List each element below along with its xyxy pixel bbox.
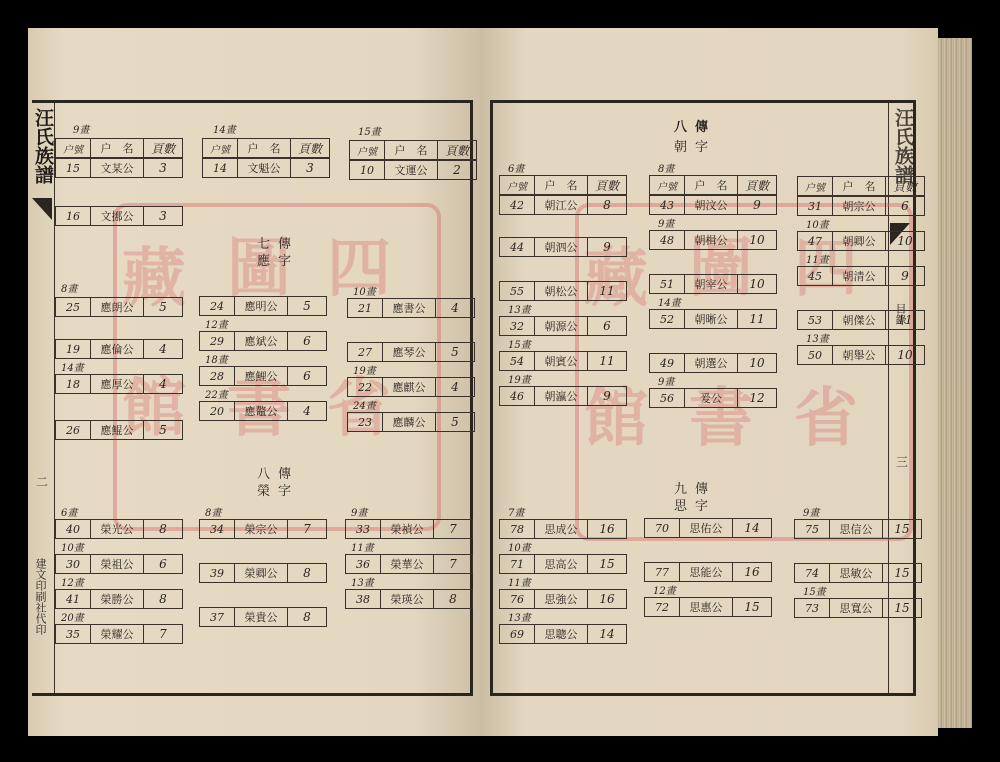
printer-credit: 建文印刷社代印 (34, 558, 47, 635)
table-cell: 16 (732, 562, 772, 582)
table-row: 39榮卿公8 (200, 563, 327, 583)
table-cell: 8 (143, 519, 183, 539)
table-cell: 7 (287, 519, 327, 539)
table-row: 56爰公12 (650, 388, 777, 408)
table-cell: 43 (649, 195, 685, 215)
stroke-count-label: 13畫 (508, 609, 635, 624)
stroke-count-label: 6畫 (61, 504, 188, 519)
stroke-count-label: 14畫 (61, 359, 188, 374)
table-cell: 49 (649, 353, 685, 373)
table-cell: 榮祖公 (90, 554, 144, 574)
table-cell: 頁數 (737, 175, 777, 195)
table-cell: 52 (649, 309, 685, 329)
table-cell: 6 (143, 554, 183, 574)
table-header-row: 户號户 名頁數 (650, 175, 777, 195)
table-cell: 29 (199, 331, 235, 351)
table-row: 71思高公15 (500, 554, 627, 574)
table-row: 14文魁公3 (203, 158, 330, 178)
table-row: 31朝宗公6 (798, 196, 925, 216)
table-cell: 應鯤公 (90, 420, 144, 440)
table-cell: 8 (287, 563, 327, 583)
table-row: 16文挪公3 (56, 206, 183, 226)
table-cell: 户 名 (90, 138, 144, 158)
table-cell: 朝松公 (534, 281, 588, 301)
right-page: 汪氏族譜 目錄 三 藏 圖 四 館 書 省 八傳 朝字 6畫 户號户 名頁數 4… (480, 28, 938, 736)
table-cell: 30 (55, 554, 91, 574)
table-cell: 38 (345, 589, 381, 609)
gen8-col2: 8畫 34榮宗公7 39榮卿公8 37榮貴公8 (200, 504, 327, 627)
table-cell: 55 (499, 281, 535, 301)
table-cell: 22 (347, 377, 383, 397)
table-row: 49朝選公10 (650, 353, 777, 373)
table-row: 54朝賓公11 (500, 351, 627, 371)
table-row: 42朝江公8 (500, 195, 627, 215)
table-cell: 頁數 (143, 138, 183, 158)
table-cell: 朝宗公 (832, 196, 886, 216)
table-cell: 榮耀公 (90, 624, 144, 644)
stroke-count-label: 15畫 (358, 123, 381, 138)
table-cell: 文某公 (90, 158, 144, 178)
right-spine-title: 汪氏族譜 (892, 108, 913, 184)
stroke-count-label: 10畫 (353, 283, 480, 298)
gen9-col1: 7畫 78思成公16 10畫 71思高公15 11畫 76思強公16 13畫 6… (500, 504, 627, 644)
table-cell: 思高公 (534, 554, 588, 574)
table-cell: 户號 (797, 176, 833, 196)
table-cell: 朝瀛公 (534, 386, 588, 406)
gen9-col2: 70思佑公14 77思能公16 12畫 72思惠公15 (645, 518, 772, 617)
table-9-strokes: 户號户 名頁數 15文某公3 (56, 138, 183, 178)
table-row: 19應倫公4 (56, 339, 183, 359)
stroke-count-label: 8畫 (658, 160, 785, 175)
stroke-count-label: 10畫 (508, 539, 635, 554)
table-cell: 思信公 (829, 519, 883, 539)
table-cell: 户號 (349, 140, 385, 160)
table-cell: 40 (55, 519, 91, 539)
table-cell: 35 (55, 624, 91, 644)
table-cell: 11 (737, 309, 777, 329)
table-cell: 7 (433, 554, 473, 574)
table-row: 32朝源公6 (500, 316, 627, 336)
table-cell: 34 (199, 519, 235, 539)
table-cell: 文魁公 (237, 158, 291, 178)
fish-tail-mark (32, 198, 52, 220)
table-row: 45朝清公9 (798, 266, 925, 286)
table-cell: 文挪公 (90, 206, 144, 226)
stroke-count-label: 22畫 (205, 386, 332, 401)
table-cell: 7 (433, 519, 473, 539)
left-spine-title: 汪氏族譜 (32, 108, 53, 184)
stroke-count-label: 19畫 (353, 362, 480, 377)
table-cell: 69 (499, 624, 535, 644)
table-cell: 8 (433, 589, 473, 609)
table-cell: 77 (644, 562, 680, 582)
table-row: 23應麟公5 (348, 412, 475, 432)
table-cell: 榮華公 (380, 554, 434, 574)
page-edges (938, 38, 972, 728)
table-cell: 54 (499, 351, 535, 371)
table-cell: 45 (797, 266, 833, 286)
table-cell: 31 (797, 196, 833, 216)
table-cell: 5 (143, 297, 183, 317)
table-row: 16文挪公3 (56, 206, 183, 226)
table-cell: 9 (737, 195, 777, 215)
table-cell: 44 (499, 237, 535, 257)
table-cell: 46 (499, 386, 535, 406)
table-cell: 16 (587, 589, 627, 609)
table-row: 27應琴公5 (348, 342, 475, 362)
table-cell: 10 (737, 230, 777, 250)
table-cell: 21 (347, 298, 383, 318)
table-row: 78思成公16 (500, 519, 627, 539)
stroke-count-label: 10畫 (61, 539, 188, 554)
table-cell: 思敏公 (829, 563, 883, 583)
stroke-count-label: 8畫 (61, 280, 188, 295)
gen8-col3: 9畫 33榮禎公7 11畫 36榮華公7 13畫 38榮瑛公8 (346, 504, 473, 609)
stroke-count-label: 9畫 (658, 215, 785, 230)
table-cell: 10 (737, 274, 777, 294)
gen7-col1: 8畫 25應朗公5 19應倫公4 14畫 18應厚公4 26應鯤公5 (56, 280, 183, 440)
table-cell: 16 (587, 519, 627, 539)
stroke-count-label: 20畫 (61, 609, 188, 624)
table-cell: 朝宰公 (684, 274, 738, 294)
table-cell: 4 (435, 298, 475, 318)
table-cell: 思能公 (679, 562, 733, 582)
table-cell: 28 (199, 366, 235, 386)
table-cell: 頁數 (290, 138, 330, 158)
stroke-count-label: 19畫 (508, 371, 635, 386)
gen7-col3: 10畫 21應書公4 27應琴公5 19畫 22應麒公4 24畫 23應麟公5 (348, 283, 475, 432)
table-row: 38榮瑛公8 (346, 589, 473, 609)
table-cell: 56 (649, 388, 685, 408)
table-cell: 應倫公 (90, 339, 144, 359)
stroke-count-label: 9畫 (658, 373, 785, 388)
table-cell: 16 (55, 206, 91, 226)
stroke-count-label: 12畫 (653, 582, 780, 597)
table-cell: 10 (885, 231, 925, 251)
table-cell: 應明公 (234, 296, 288, 316)
table-cell: 思聰公 (534, 624, 588, 644)
table-row: 76思強公16 (500, 589, 627, 609)
table-15-strokes: 户號户 名頁數 10文運公2 (350, 140, 477, 180)
stroke-count-label: 18畫 (205, 351, 332, 366)
table-cell: 户 名 (684, 175, 738, 195)
table-row: 75思信公15 (795, 519, 922, 539)
table-cell: 15 (587, 554, 627, 574)
table-cell: 14 (202, 158, 238, 178)
table-cell: 朝傑公 (832, 310, 886, 330)
table-row: 25應朗公5 (56, 297, 183, 317)
table-cell: 朝泗公 (534, 237, 588, 257)
table-cell: 頁數 (587, 175, 627, 195)
open-book: 汪氏族譜 二 建文印刷社代印 藏 圖 四 館 書 省 9畫 户號户 名頁數 15… (28, 28, 973, 736)
table-cell: 5 (435, 342, 475, 362)
stroke-count-label: 9畫 (73, 121, 89, 136)
table-cell: 思強公 (534, 589, 588, 609)
table-row: 34榮宗公7 (200, 519, 327, 539)
table-cell: 8 (587, 195, 627, 215)
table-cell: 6 (287, 331, 327, 351)
table-cell: 户號 (649, 175, 685, 195)
stroke-count-label: 10畫 (806, 216, 933, 231)
table-row: 72思惠公15 (645, 597, 772, 617)
table-cell: 9 (587, 237, 627, 257)
table-cell: 應書公 (382, 298, 436, 318)
table-cell: 思佑公 (679, 518, 733, 538)
table-cell: 72 (644, 597, 680, 617)
table-cell: 39 (199, 563, 235, 583)
gen7-col2: 24應明公5 12畫 29應斌公6 18畫 28應鯉公6 22畫 20應鼇公4 (200, 296, 327, 421)
table-cell: 榮勝公 (90, 589, 144, 609)
table-cell: 76 (499, 589, 535, 609)
table-cell: 應厚公 (90, 374, 144, 394)
table-cell: 户號 (55, 138, 91, 158)
table-cell: 5 (287, 296, 327, 316)
table-cell: 榮瑛公 (380, 589, 434, 609)
table-cell: 朝卿公 (832, 231, 886, 251)
table-cell: 9 (885, 266, 925, 286)
table-cell: 4 (143, 339, 183, 359)
table-row: 48朝楫公10 (650, 230, 777, 250)
table-cell: 15 (55, 158, 91, 178)
table-cell: 朝選公 (684, 353, 738, 373)
table-cell: 48 (649, 230, 685, 250)
table-cell: 78 (499, 519, 535, 539)
table-header-row: 户號户 名頁數 (500, 175, 627, 195)
table-row: 33榮禎公7 (346, 519, 473, 539)
table-cell: 25 (55, 297, 91, 317)
table-cell: 應斌公 (234, 331, 288, 351)
table-cell: 3 (143, 158, 183, 178)
table-row: 53朝傑公11 (798, 310, 925, 330)
table-cell: 户 名 (832, 176, 886, 196)
table-cell: 15 (882, 563, 922, 583)
table-row: 10文運公2 (350, 160, 477, 180)
table-cell: 33 (345, 519, 381, 539)
table-cell: 應麟公 (382, 412, 436, 432)
table-cell: 爰公 (684, 388, 738, 408)
left-page-number: 二 (36, 473, 48, 490)
table-header-row: 户號户 名頁數 (350, 140, 477, 160)
table-cell: 15 (882, 598, 922, 618)
table-cell: 朝舉公 (832, 345, 886, 365)
table-cell: 24 (199, 296, 235, 316)
generation-subtitle: 朝字 (655, 136, 735, 155)
table-row: 22應麒公4 (348, 377, 475, 397)
table-row: 18應厚公4 (56, 374, 183, 394)
table-row: 52朝晰公11 (650, 309, 777, 329)
table-cell: 20 (199, 401, 235, 421)
table-cell: 71 (499, 554, 535, 574)
stroke-count-label: 8畫 (205, 504, 332, 519)
stroke-count-label: 13畫 (806, 330, 933, 345)
gen8-chao-col3: 户號户 名頁數 31朝宗公6 10畫 47朝卿公10 11畫 45朝清公9 53… (798, 176, 925, 365)
table-row: 51朝宰公10 (650, 274, 777, 294)
stroke-count-label: 15畫 (508, 336, 635, 351)
table-cell: 朝江公 (534, 195, 588, 215)
table-row: 41榮勝公8 (56, 589, 183, 609)
table-header-row: 户號户 名頁數 (798, 176, 925, 196)
table-cell: 11 (885, 310, 925, 330)
table-cell: 榮卿公 (234, 563, 288, 583)
table-row: 28應鯉公6 (200, 366, 327, 386)
gen8-chao-col2: 8畫 户號户 名頁數 43朝汶公9 9畫 48朝楫公10 51朝宰公10 14畫… (650, 160, 777, 408)
stroke-count-label: 11畫 (508, 574, 635, 589)
table-cell: 思惠公 (679, 597, 733, 617)
gen8-chao-col1: 6畫 户號户 名頁數 42朝江公8 44朝泗公9 55朝松公11 13畫 32朝… (500, 160, 627, 406)
table-cell: 70 (644, 518, 680, 538)
table-row: 55朝松公11 (500, 281, 627, 301)
table-cell: 2 (437, 160, 477, 180)
table-cell: 10 (885, 345, 925, 365)
table-cell: 頁數 (885, 176, 925, 196)
table-row: 50朝舉公10 (798, 345, 925, 365)
table-row: 36榮華公7 (346, 554, 473, 574)
table-header-row: 户號户 名頁數 (203, 138, 330, 158)
table-cell: 思寬公 (829, 598, 883, 618)
table-cell: 4 (287, 401, 327, 421)
table-cell: 18 (55, 374, 91, 394)
table-row: 77思能公16 (645, 562, 772, 582)
table-cell: 74 (794, 563, 830, 583)
table-cell: 37 (199, 607, 235, 627)
table-row: 21應書公4 (348, 298, 475, 318)
table-cell: 47 (797, 231, 833, 251)
table-cell: 朝汶公 (684, 195, 738, 215)
stroke-count-label: 11畫 (351, 539, 478, 554)
table-cell: 應鼇公 (234, 401, 288, 421)
table-cell: 11 (587, 351, 627, 371)
table-cell: 户 名 (237, 138, 291, 158)
table-cell: 51 (649, 274, 685, 294)
table-cell: 朝賓公 (534, 351, 588, 371)
table-14-strokes: 户號户 名頁數 14文魁公3 (203, 138, 330, 178)
stroke-count-label: 7畫 (508, 504, 635, 519)
table-row: 70思佑公14 (645, 518, 772, 538)
table-cell: 36 (345, 554, 381, 574)
table-cell: 5 (143, 420, 183, 440)
table-cell: 32 (499, 316, 535, 336)
table-cell: 思成公 (534, 519, 588, 539)
table-cell: 朝楫公 (684, 230, 738, 250)
table-cell: 頁數 (437, 140, 477, 160)
stroke-count-label: 24畫 (353, 397, 480, 412)
table-row: 30榮祖公6 (56, 554, 183, 574)
generation-subtitle: 榮字 (238, 480, 318, 499)
generation-subtitle: 思字 (655, 495, 735, 514)
table-cell: 8 (287, 607, 327, 627)
table-cell: 26 (55, 420, 91, 440)
table-cell: 應鯉公 (234, 366, 288, 386)
generation-title: 八傳 (655, 116, 735, 135)
table-row: 47朝卿公10 (798, 231, 925, 251)
table-cell: 41 (55, 589, 91, 609)
table-cell: 3 (290, 158, 330, 178)
stroke-count-label: 14畫 (213, 121, 236, 136)
table-cell: 27 (347, 342, 383, 362)
table-cell: 榮宗公 (234, 519, 288, 539)
table-cell: 12 (737, 388, 777, 408)
table-cell: 19 (55, 339, 91, 359)
table-cell: 23 (347, 412, 383, 432)
gen9-col3: 9畫 75思信公15 74思敏公15 15畫 73思寬公15 (795, 504, 922, 618)
table-cell: 户 名 (534, 175, 588, 195)
table-row: 20應鼇公4 (200, 401, 327, 421)
stroke-count-label: 9畫 (803, 504, 930, 519)
stroke-count-label: 9畫 (351, 504, 478, 519)
table-cell: 11 (587, 281, 627, 301)
stroke-count-label: 13畫 (351, 574, 478, 589)
table-cell: 75 (794, 519, 830, 539)
table-row: 37榮貴公8 (200, 607, 327, 627)
table-cell: 7 (143, 624, 183, 644)
table-row: 29應斌公6 (200, 331, 327, 351)
table-row: 73思寬公15 (795, 598, 922, 618)
stroke-count-label: 12畫 (205, 316, 332, 331)
table-row: 69思聰公14 (500, 624, 627, 644)
right-page-number: 三 (896, 453, 908, 470)
table-cell: 户號 (499, 175, 535, 195)
table-cell: 10 (737, 353, 777, 373)
table-cell: 朝清公 (832, 266, 886, 286)
table-row: 24應明公5 (200, 296, 327, 316)
stroke-count-label: 6畫 (508, 160, 635, 175)
table-header-row: 户號户 名頁數 (56, 138, 183, 158)
table-cell: 應麒公 (382, 377, 436, 397)
table-row: 26應鯤公5 (56, 420, 183, 440)
table-row: 74思敏公15 (795, 563, 922, 583)
table-cell: 5 (435, 412, 475, 432)
table-cell: 3 (143, 206, 183, 226)
table-row: 35榮耀公7 (56, 624, 183, 644)
table-row: 43朝汶公9 (650, 195, 777, 215)
table-cell: 4 (143, 374, 183, 394)
table-cell: 户 名 (384, 140, 438, 160)
table-row: 15文某公3 (56, 158, 183, 178)
table-cell: 10 (349, 160, 385, 180)
gen8-col1: 6畫 40榮光公8 10畫 30榮祖公6 12畫 41榮勝公8 20畫 35榮耀… (56, 504, 183, 644)
table-cell: 9 (587, 386, 627, 406)
table-cell: 榮貴公 (234, 607, 288, 627)
table-cell: 53 (797, 310, 833, 330)
stroke-count-label: 11畫 (806, 251, 933, 266)
table-cell: 榮禎公 (380, 519, 434, 539)
table-cell: 榮光公 (90, 519, 144, 539)
stroke-count-label: 13畫 (508, 301, 635, 316)
table-cell: 14 (587, 624, 627, 644)
table-cell: 應朗公 (90, 297, 144, 317)
stroke-count-label: 14畫 (658, 294, 785, 309)
left-page: 汪氏族譜 二 建文印刷社代印 藏 圖 四 館 書 省 9畫 户號户 名頁數 15… (28, 28, 480, 736)
table-cell: 42 (499, 195, 535, 215)
table-cell: 15 (732, 597, 772, 617)
table-cell: 朝源公 (534, 316, 588, 336)
table-cell: 73 (794, 598, 830, 618)
table-cell: 文運公 (384, 160, 438, 180)
generation-subtitle: 應字 (238, 250, 318, 269)
table-row: 40榮光公8 (56, 519, 183, 539)
table-cell: 8 (143, 589, 183, 609)
table-cell: 6 (587, 316, 627, 336)
stroke-count-label: 15畫 (803, 583, 930, 598)
table-row: 44朝泗公9 (500, 237, 627, 257)
table-cell: 6 (287, 366, 327, 386)
table-cell: 6 (885, 196, 925, 216)
table-cell: 4 (435, 377, 475, 397)
table-cell: 户號 (202, 138, 238, 158)
table-cell: 應琴公 (382, 342, 436, 362)
table-cell: 朝晰公 (684, 309, 738, 329)
table-cell: 14 (732, 518, 772, 538)
